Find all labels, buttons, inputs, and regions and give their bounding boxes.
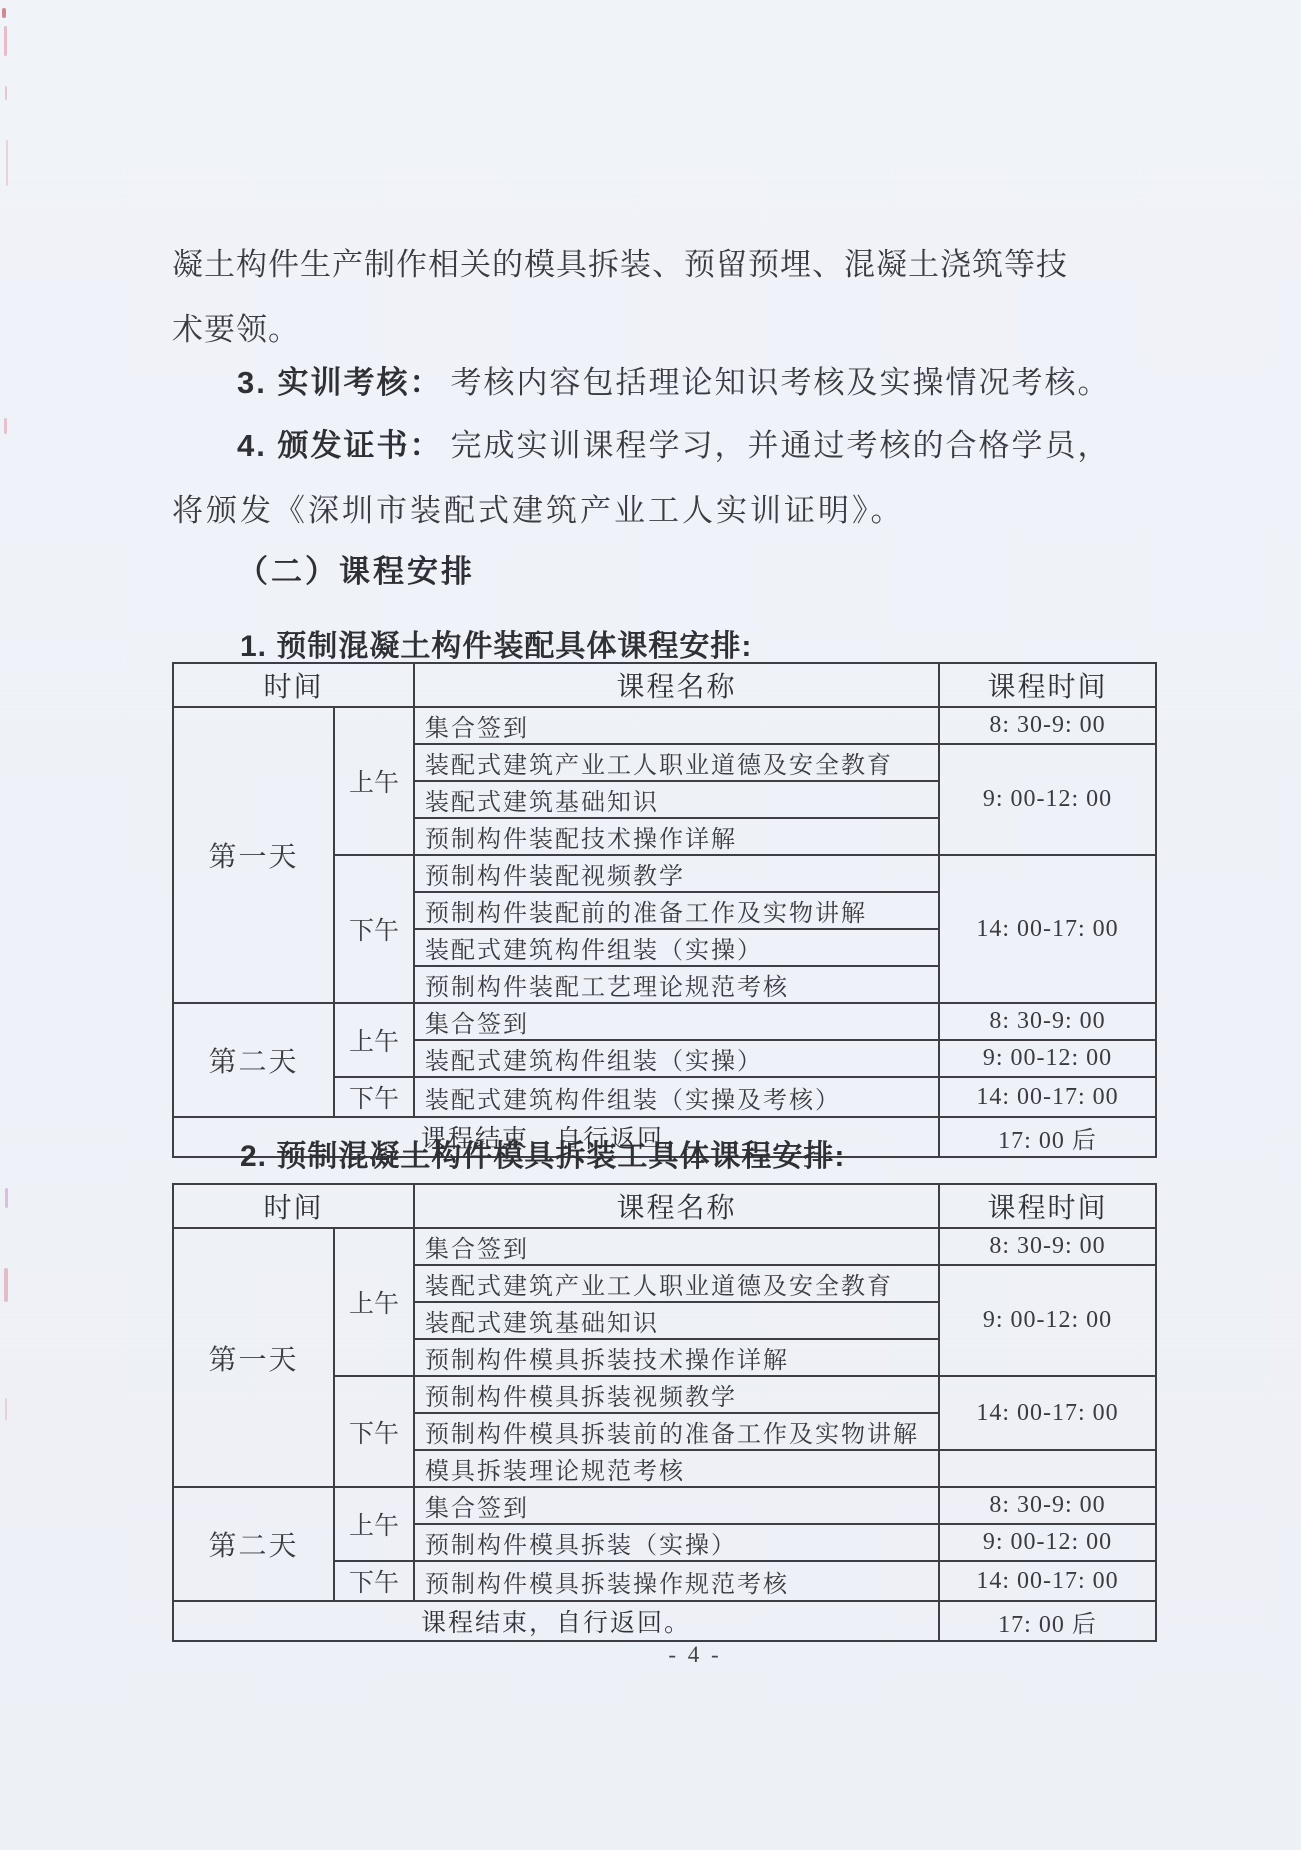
scan-artifact <box>5 1398 7 1420</box>
ampm-cell: 上午 <box>334 1003 414 1077</box>
paragraph-text: 凝土构件生产制作相关的模具拆装、预留预埋、混凝土浇筑等技 <box>172 247 1068 282</box>
header-cell-course: 课程名称 <box>414 1184 939 1228</box>
scan-artifact <box>4 1268 8 1302</box>
time-cell: 9: 00-12: 00 <box>939 1040 1156 1077</box>
time-cell: 8: 30-9: 00 <box>939 1228 1156 1265</box>
ampm-cell: 下午 <box>334 855 414 1003</box>
paragraph-text: 术要领。 <box>172 312 300 347</box>
course-cell: 预制构件模具拆装视频教学 <box>414 1376 939 1413</box>
body-line-continuation-1: 凝土构件生产制作相关的模具拆装、预留预埋、混凝土浇筑等技 <box>172 247 1068 283</box>
schedule-table-1: 时间 课程名称 课程时间 第一天 上午 集合签到 8: 30-9: 00 装配式… <box>172 662 1157 1158</box>
time-cell: 8: 30-9: 00 <box>939 707 1156 744</box>
section-heading: （二）课程安排 <box>237 554 475 590</box>
course-cell: 装配式建筑产业工人职业道德及安全教育 <box>414 744 939 781</box>
course-cell: 预制构件模具拆装前的准备工作及实物讲解 <box>414 1413 939 1450</box>
item-4-text: 完成实训课程学习，并通过考核的合格学员， <box>450 428 1110 463</box>
day-cell: 第一天 <box>173 1228 334 1487</box>
course-cell: 集合签到 <box>414 1487 939 1524</box>
course-cell: 预制构件模具拆装操作规范考核 <box>414 1561 939 1601</box>
schedule-table-2: 时间 课程名称 课程时间 第一天 上午 集合签到 8: 30-9: 00 装配式… <box>172 1183 1157 1642</box>
time-cell-empty <box>939 1450 1156 1487</box>
ampm-cell: 下午 <box>334 1077 414 1117</box>
scan-artifact <box>2 8 6 18</box>
day-cell: 第二天 <box>173 1487 334 1601</box>
time-cell: 9: 00-12: 00 <box>939 744 1156 855</box>
course-cell: 装配式建筑构件组装（实操及考核） <box>414 1077 939 1117</box>
time-cell: 17: 00 后 <box>939 1601 1156 1641</box>
day-cell: 第二天 <box>173 1003 334 1117</box>
time-cell: 17: 00 后 <box>939 1117 1156 1157</box>
course-cell: 装配式建筑构件组装（实操） <box>414 1040 939 1077</box>
time-cell: 8: 30-9: 00 <box>939 1487 1156 1524</box>
body-line-continuation-2: 术要领。 <box>172 312 300 348</box>
scan-artifact <box>4 26 7 56</box>
course-cell: 集合签到 <box>414 707 939 744</box>
item-4-label: 4. 颁发证书： <box>237 428 442 463</box>
ampm-cell: 上午 <box>334 707 414 855</box>
ampm-cell: 下午 <box>334 1376 414 1487</box>
item-3-text: 考核内容包括理论知识考核及实操情况考核。 <box>450 365 1110 400</box>
course-cell: 模具拆装理论规范考核 <box>414 1450 939 1487</box>
time-cell: 9: 00-12: 00 <box>939 1524 1156 1561</box>
list-item-3: 3. 实训考核：考核内容包括理论知识考核及实操情况考核。 <box>237 365 1110 401</box>
header-cell-duration: 课程时间 <box>939 1184 1156 1228</box>
course-cell: 集合签到 <box>414 1228 939 1265</box>
course-cell: 预制构件装配工艺理论规范考核 <box>414 966 939 1003</box>
time-cell: 14: 00-17: 00 <box>939 1376 1156 1450</box>
course-cell: 集合签到 <box>414 1003 939 1040</box>
time-cell: 8: 30-9: 00 <box>939 1003 1156 1040</box>
time-cell: 14: 00-17: 00 <box>939 1077 1156 1117</box>
day-cell: 第一天 <box>173 707 334 1003</box>
course-cell: 预制构件模具拆装技术操作详解 <box>414 1339 939 1376</box>
ampm-cell: 上午 <box>334 1228 414 1376</box>
table1-title: 1. 预制混凝土构件装配具体课程安排: <box>240 621 752 665</box>
list-item-4-line2: 将颁发《深圳市装配式建筑产业工人实训证明》。 <box>172 493 905 529</box>
page-number: - 4 - <box>640 1642 750 1668</box>
course-cell: 装配式建筑产业工人职业道德及安全教育 <box>414 1265 939 1302</box>
course-cell: 装配式建筑基础知识 <box>414 781 939 818</box>
course-cell: 预制构件模具拆装（实操） <box>414 1524 939 1561</box>
document-page: 凝土构件生产制作相关的模具拆装、预留预埋、混凝土浇筑等技 术要领。 3. 实训考… <box>0 0 1301 1850</box>
table2-title: 2. 预制混凝土构件模具拆装工具体课程安排: <box>240 1131 845 1175</box>
scan-artifact <box>6 140 8 186</box>
header-cell-time: 时间 <box>173 663 414 707</box>
list-item-4: 4. 颁发证书：完成实训课程学习，并通过考核的合格学员， <box>237 428 1110 464</box>
ampm-cell: 下午 <box>334 1561 414 1601</box>
scan-artifact <box>5 86 7 100</box>
header-cell-duration: 课程时间 <box>939 663 1156 707</box>
time-cell: 9: 00-12: 00 <box>939 1265 1156 1376</box>
course-cell: 装配式建筑基础知识 <box>414 1302 939 1339</box>
course-cell: 预制构件装配前的准备工作及实物讲解 <box>414 892 939 929</box>
header-cell-time: 时间 <box>173 1184 414 1228</box>
ampm-cell: 上午 <box>334 1487 414 1561</box>
footer-cell: 课程结束，自行返回。 <box>173 1601 939 1641</box>
item-3-label: 3. 实训考核： <box>237 365 442 400</box>
scan-artifact <box>5 1188 8 1208</box>
scan-artifact <box>4 418 7 434</box>
course-cell: 预制构件装配视频教学 <box>414 855 939 892</box>
course-cell: 装配式建筑构件组装（实操） <box>414 929 939 966</box>
section-heading-text: （二）课程安排 <box>237 554 475 589</box>
time-cell: 14: 00-17: 00 <box>939 1561 1156 1601</box>
course-cell: 预制构件装配技术操作详解 <box>414 818 939 855</box>
item-4-text-line2: 将颁发《深圳市装配式建筑产业工人实训证明》。 <box>172 493 905 528</box>
time-cell: 14: 00-17: 00 <box>939 855 1156 1003</box>
header-cell-course: 课程名称 <box>414 663 939 707</box>
